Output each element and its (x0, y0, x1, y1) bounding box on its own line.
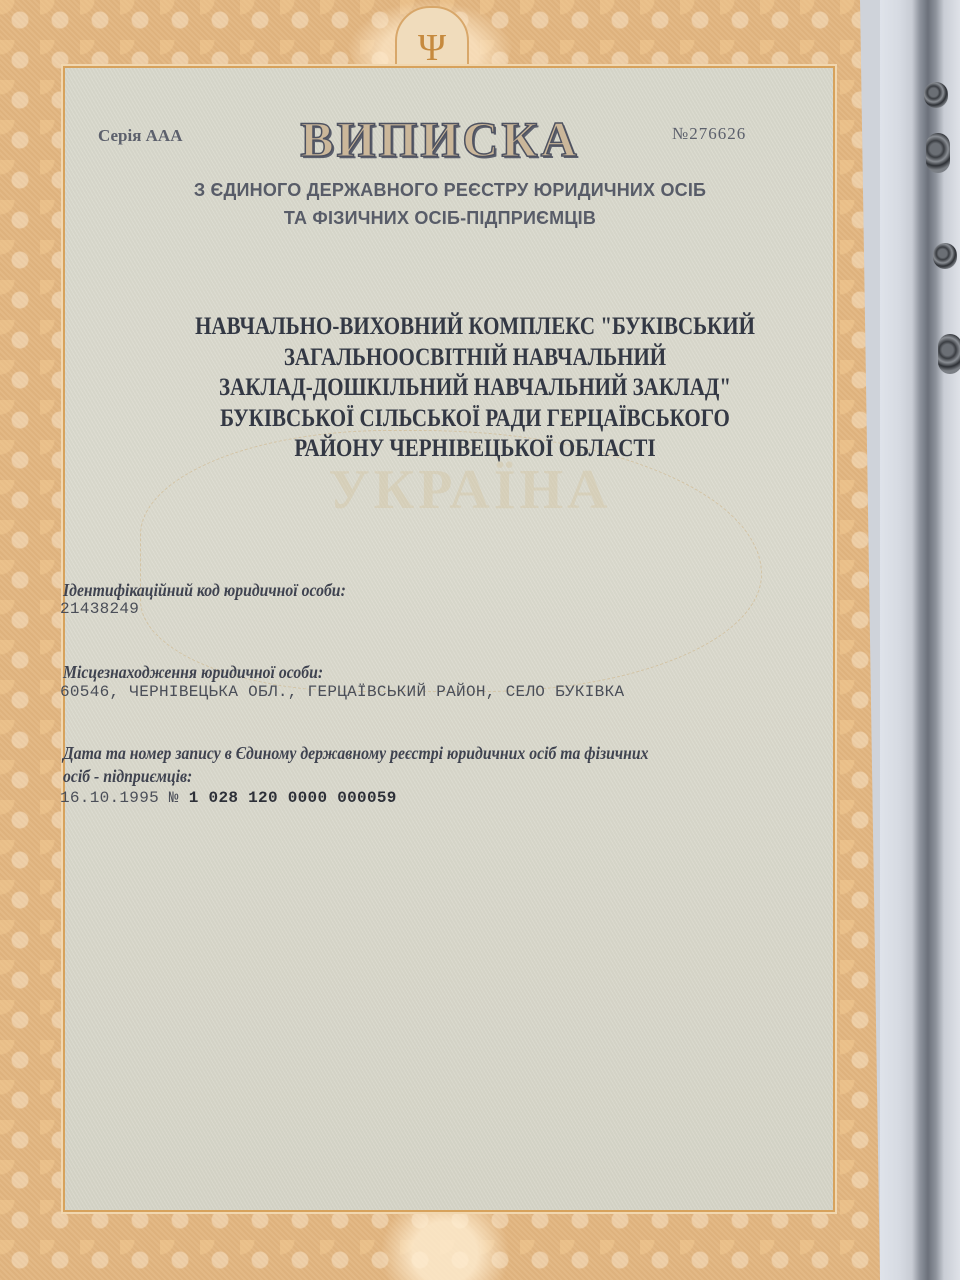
organization-name: НАВЧАЛЬНО-ВИХОВНИЙ КОМПЛЕКС "БУКІВСЬКИЙ … (126, 312, 823, 465)
subtitle-line-1: З ЄДИНОГО ДЕРЖАВНОГО РЕЄСТРУ ЮРИДИЧНИХ О… (10, 180, 890, 201)
record-label-line-1: Дата та номер запису в Єдиному державном… (63, 743, 649, 764)
address-label: Місцезнаходження юридичної особи: (63, 662, 323, 683)
document-title: ВИПИСКА (0, 110, 880, 168)
organization-line: ЗАГАЛЬНООСВІТНІЙ НАВЧАЛЬНИЙ (126, 343, 823, 374)
plastic-sleeve (880, 0, 960, 1280)
binder-hole (924, 82, 948, 108)
organization-line: НАВЧАЛЬНО-ВИХОВНИЙ КОМПЛЕКС "БУКІВСЬКИЙ (126, 312, 823, 343)
organization-line: БУКІВСЬКОЇ СІЛЬСЬКОЇ РАДИ ГЕРЦАЇВСЬКОГО (126, 404, 823, 435)
record-number: 1 028 120 0000 000059 (189, 789, 397, 807)
address-value: 60546, ЧЕРНІВЕЦЬКА ОБЛ., ГЕРЦАЇВСЬКИЙ РА… (60, 683, 624, 701)
record-label-line-2: осіб - підприємців: (63, 766, 192, 787)
record-value: 16.10.1995 № 1 028 120 0000 000059 (60, 789, 397, 807)
organization-line: ЗАКЛАД-ДОШКІЛЬНИЙ НАВЧАЛЬНИЙ ЗАКЛАД" (126, 373, 823, 404)
binder-hole (938, 334, 960, 374)
binder-hole (933, 243, 957, 269)
document-number: №276626 (672, 124, 746, 144)
id-code-label: Ідентифікаційний код юридичної особи: (63, 580, 346, 601)
record-date: 16.10.1995 № (60, 789, 179, 807)
id-code-value: 21438249 (60, 600, 139, 618)
binder-hole (926, 133, 950, 173)
certificate-sheet: Ψ УКРАЇНА Серія ААА ВИПИСКА №276626 З ЄД… (0, 0, 880, 1280)
organization-line: РАЙОНУ ЧЕРНІВЕЦЬКОЇ ОБЛАСТІ (126, 434, 823, 465)
watermark-text: УКРАЇНА (270, 458, 670, 522)
subtitle-line-2: ТА ФІЗИЧНИХ ОСІБ-ПІДПРИЄМЦІВ (0, 208, 880, 229)
